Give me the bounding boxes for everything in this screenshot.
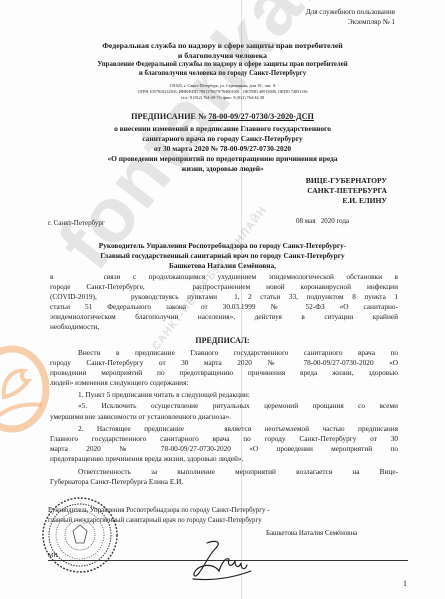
order-body-line: Внести в предписание Главного государств…	[78, 348, 398, 357]
item2-line: марта 2020 № 78-00-09/27-0730-2020 «О пр…	[50, 444, 398, 453]
item1-heading: 1. Пункт 5 предписания читать в следующе…	[78, 390, 398, 399]
addressee-line1: ВИЦЕ-ГУБЕРНАТОРУ	[306, 176, 387, 185]
subtitle-line3: от 30 марта 2020 № 78-00-09/27-0730-2020	[0, 144, 445, 153]
preamble-line: эпидемиологическом благополучии населени…	[50, 312, 398, 321]
preamble-line: городе Санкт-Петербурге, распространение…	[50, 282, 398, 291]
responsibility-line: Ответственность за выполнение мероприяти…	[78, 467, 398, 476]
page-number: 1	[403, 579, 407, 588]
preamble-line: статьи 51 Федерального закона от 30.03.1…	[50, 302, 398, 311]
item2-line: предотвращению причинения вреда жизни, з…	[50, 454, 398, 463]
subtitle-line4: «О проведении мероприятий по предотвраще…	[0, 154, 445, 163]
responsibility-line: Губернатора Санкт-Петербурга Елина Е.И.	[50, 477, 398, 486]
handwritten-signature-icon	[185, 535, 265, 585]
document-page: Для служебного пользования Экземпляр № 1…	[0, 0, 445, 599]
item1-quote-line2: умершими вне зависимости от установленно…	[50, 412, 398, 421]
preamble-line: необходимости,	[50, 322, 398, 331]
preamble-line: (COVID-2019), руководствуясь пунктами 1,…	[50, 292, 398, 301]
official-seal-icon	[40, 495, 120, 575]
order-body-line: людей» изменения следующего содержания:	[50, 378, 398, 387]
fontanka-logo-watermark-icon	[0, 345, 52, 433]
ordered-heading: ПРЕДПИСАЛ:	[0, 336, 445, 345]
addressee-line3: Е.И. ЕЛИНУ	[342, 196, 387, 205]
addressee-line2: САНКТ-ПЕТЕРБУРГА	[307, 186, 387, 195]
copy-number: Экземпляр № 1	[348, 18, 395, 26]
subtitle-line5: жизни, здоровью людей»	[0, 164, 445, 173]
item1-quote-line1: «5. Исключить осуществление ритуальных ц…	[78, 401, 398, 410]
order-body-line: городу Санкт-Петербургу от 30 марта 2020…	[50, 358, 398, 367]
item2-line: Главного государственного санитарного вр…	[50, 434, 398, 443]
signatory-name: Башкетова Наталия Семёновна	[266, 530, 357, 537]
item2-line: 2. Настоящее предписание является неотъе…	[78, 424, 398, 433]
date: 08 мая 2020 года	[296, 217, 349, 225]
order-body-line: проведении мероприятий по предотвращению…	[50, 368, 398, 377]
